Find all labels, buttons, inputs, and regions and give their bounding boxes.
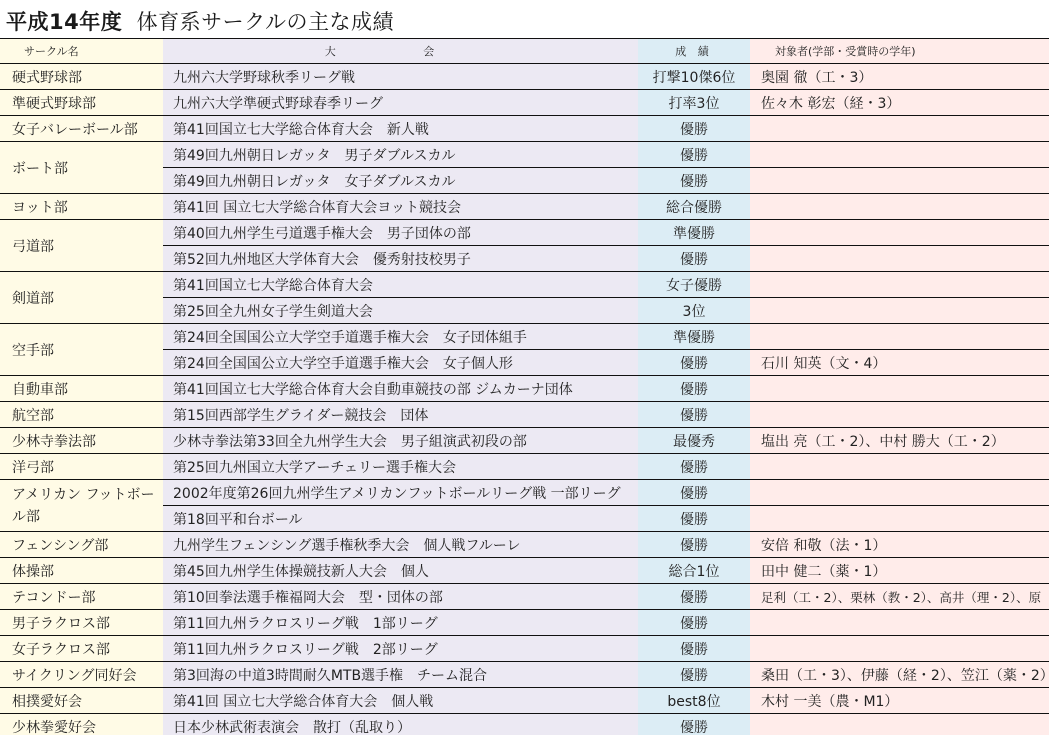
- result-cell: 優勝: [638, 610, 750, 636]
- target-cell: 石川 知英（文・4）: [750, 350, 1049, 376]
- event-cell: 第10回拳法選手権福岡大会 型・団体の部: [163, 584, 638, 610]
- result-cell: 総合1位: [638, 558, 750, 584]
- event-cell: 第11回九州ラクロスリーグ戦 1部リーグ: [163, 610, 638, 636]
- event-cell: 九州六大学野球秋季リーグ戦: [163, 64, 638, 90]
- result-cell: 優勝: [638, 480, 750, 506]
- target-cell: [750, 142, 1049, 168]
- result-cell: 3位: [638, 298, 750, 324]
- event-cell: 九州六大学準硬式野球春季リーグ: [163, 90, 638, 116]
- table-row: 少林拳愛好会 日本少林武術表演会 散打（乱取り） 優勝: [0, 714, 1049, 735]
- event-cell: 第52回九州地区大学体育大会 優秀射技校男子: [163, 246, 638, 272]
- circle-cell: 硬式野球部: [0, 64, 163, 90]
- target-cell: [750, 298, 1049, 324]
- circle-cell: 空手部: [0, 324, 163, 376]
- table-row: 弓道部 第40回九州学生弓道選手権大会 男子団体の部 準優勝: [0, 220, 1049, 246]
- result-cell: 優勝: [638, 168, 750, 194]
- table-row: 洋弓部 第25回九州国立大学アーチェリー選手権大会 優勝: [0, 454, 1049, 480]
- circle-cell: 体操部: [0, 558, 163, 584]
- circle-cell: アメリカン フットボール部: [0, 480, 163, 532]
- event-cell: 第49回九州朝日レガッタ 女子ダブルスカル: [163, 168, 638, 194]
- header-event: 大 会: [163, 39, 638, 64]
- event-cell: 九州学生フェンシング選手権秋季大会 個人戦フルーレ: [163, 532, 638, 558]
- target-cell: [750, 480, 1049, 506]
- result-cell: 優勝: [638, 506, 750, 532]
- table-row: ヨット部 第41回 国立七大学総合体育大会ヨット競技会 総合優勝: [0, 194, 1049, 220]
- event-cell: 第24回全国国公立大学空手道選手権大会 女子団体組手: [163, 324, 638, 350]
- event-cell: 2002年度第26回九州学生アメリカンフットボールリーグ戦 一部リーグ: [163, 480, 638, 506]
- target-cell: [750, 454, 1049, 480]
- result-cell: best8位: [638, 688, 750, 714]
- target-cell: 桑田（工・3）、伊藤（経・2）、笠江（薬・2）: [750, 662, 1049, 688]
- table-row: 硬式野球部 九州六大学野球秋季リーグ戦 打撃10傑6位 奥園 徹（工・3）: [0, 64, 1049, 90]
- target-cell: 塩出 亮（工・2）、中村 勝大（工・2）: [750, 428, 1049, 454]
- circle-cell: ヨット部: [0, 194, 163, 220]
- circle-cell: 剣道部: [0, 272, 163, 324]
- result-cell: 優勝: [638, 350, 750, 376]
- event-cell: 第41回国立七大学総合体育大会自動車競技の部 ジムカーナ団体: [163, 376, 638, 402]
- table-row: 女子ラクロス部 第11回九州ラクロスリーグ戦 2部リーグ 優勝: [0, 636, 1049, 662]
- target-cell: [750, 376, 1049, 402]
- result-cell: 優勝: [638, 714, 750, 735]
- result-cell: 優勝: [638, 454, 750, 480]
- event-cell: 第40回九州学生弓道選手権大会 男子団体の部: [163, 220, 638, 246]
- table-row: フェンシング部 九州学生フェンシング選手権秋季大会 個人戦フルーレ 優勝 安倍 …: [0, 532, 1049, 558]
- target-cell: 安倍 和敬（法・1）: [750, 532, 1049, 558]
- circle-cell: テコンドー部: [0, 584, 163, 610]
- result-cell: 最優秀: [638, 428, 750, 454]
- target-cell: [750, 610, 1049, 636]
- event-cell: 第24回全国国公立大学空手道選手権大会 女子個人形: [163, 350, 638, 376]
- target-cell: [750, 220, 1049, 246]
- circle-cell: サイクリング同好会: [0, 662, 163, 688]
- event-cell: 第45回九州学生体操競技新人大会 個人: [163, 558, 638, 584]
- table-row: 相撲愛好会 第41回 国立七大学総合体育大会 個人戦 best8位 木村 一美（…: [0, 688, 1049, 714]
- result-cell: 優勝: [638, 142, 750, 168]
- table-row: 少林寺拳法部 少林寺拳法第33回全九州学生大会 男子組演武初段の部 最優秀 塩出…: [0, 428, 1049, 454]
- results-table: サークル名 大 会 成 績 対象者(学部・受賞時の学年) 硬式野球部 九州六大学…: [0, 38, 1049, 735]
- table-row: 剣道部 第41回国立七大学総合体育大会 女子優勝: [0, 272, 1049, 298]
- result-cell: 総合優勝: [638, 194, 750, 220]
- table-row: 準硬式野球部 九州六大学準硬式野球春季リーグ 打率3位 佐々木 彰宏（経・3）: [0, 90, 1049, 116]
- event-cell: 第41回国立七大学総合体育大会 新人戦: [163, 116, 638, 142]
- circle-cell: 相撲愛好会: [0, 688, 163, 714]
- target-cell: [750, 636, 1049, 662]
- target-cell: 木村 一美（農・M1）: [750, 688, 1049, 714]
- table-row: 体操部 第45回九州学生体操競技新人大会 個人 総合1位 田中 健二（薬・1）: [0, 558, 1049, 584]
- circle-cell: 少林寺拳法部: [0, 428, 163, 454]
- circle-cell: 洋弓部: [0, 454, 163, 480]
- table-row: テコンドー部 第10回拳法選手権福岡大会 型・団体の部 優勝 足利（工・2）、栗…: [0, 584, 1049, 610]
- result-cell: 優勝: [638, 662, 750, 688]
- header-target: 対象者(学部・受賞時の学年): [750, 39, 1049, 64]
- table-row: サイクリング同好会 第3回海の中道3時間耐久MTB選手権 チーム混合 優勝 桑田…: [0, 662, 1049, 688]
- result-cell: 優勝: [638, 584, 750, 610]
- target-cell: [750, 116, 1049, 142]
- result-cell: 優勝: [638, 402, 750, 428]
- circle-cell: 少林拳愛好会: [0, 714, 163, 735]
- event-cell: 第18回平和台ボール: [163, 506, 638, 532]
- result-cell: 優勝: [638, 116, 750, 142]
- target-cell: [750, 272, 1049, 298]
- circle-cell: フェンシング部: [0, 532, 163, 558]
- event-cell: 第3回海の中道3時間耐久MTB選手権 チーム混合: [163, 662, 638, 688]
- target-cell: 奥園 徹（工・3）: [750, 64, 1049, 90]
- target-cell: [750, 168, 1049, 194]
- target-cell: [750, 246, 1049, 272]
- event-cell: 第25回九州国立大学アーチェリー選手権大会: [163, 454, 638, 480]
- table-row: 航空部 第15回西部学生グライダー競技会 団体 優勝: [0, 402, 1049, 428]
- event-cell: 第11回九州ラクロスリーグ戦 2部リーグ: [163, 636, 638, 662]
- event-cell: 第49回九州朝日レガッタ 男子ダブルスカル: [163, 142, 638, 168]
- table-row: 女子バレーボール部 第41回国立七大学総合体育大会 新人戦 優勝: [0, 116, 1049, 142]
- target-cell: 足利（工・2）、栗林（教・2）、高井（理・2）、原（経・2）: [750, 584, 1049, 610]
- circle-cell: 弓道部: [0, 220, 163, 272]
- result-cell: 打率3位: [638, 90, 750, 116]
- circle-cell: 準硬式野球部: [0, 90, 163, 116]
- result-cell: 打撃10傑6位: [638, 64, 750, 90]
- event-cell: 第15回西部学生グライダー競技会 団体: [163, 402, 638, 428]
- target-cell: 佐々木 彰宏（経・3）: [750, 90, 1049, 116]
- result-cell: 優勝: [638, 636, 750, 662]
- table-row: ボート部 第49回九州朝日レガッタ 男子ダブルスカル 優勝: [0, 142, 1049, 168]
- event-cell: 第41回国立七大学総合体育大会: [163, 272, 638, 298]
- target-cell: [750, 402, 1049, 428]
- table-row: 自動車部 第41回国立七大学総合体育大会自動車競技の部 ジムカーナ団体 優勝: [0, 376, 1049, 402]
- target-cell: [750, 194, 1049, 220]
- table-row: 空手部 第24回全国国公立大学空手道選手権大会 女子団体組手 準優勝: [0, 324, 1049, 350]
- circle-cell: 女子ラクロス部: [0, 636, 163, 662]
- table-row: 男子ラクロス部 第11回九州ラクロスリーグ戦 1部リーグ 優勝: [0, 610, 1049, 636]
- result-cell: 優勝: [638, 532, 750, 558]
- table-row: アメリカン フットボール部 2002年度第26回九州学生アメリカンフットボールリ…: [0, 480, 1049, 506]
- result-cell: 女子優勝: [638, 272, 750, 298]
- target-cell: [750, 714, 1049, 735]
- result-cell: 優勝: [638, 376, 750, 402]
- event-cell: 第41回 国立七大学総合体育大会 個人戦: [163, 688, 638, 714]
- result-cell: 準優勝: [638, 324, 750, 350]
- circle-cell: 航空部: [0, 402, 163, 428]
- circle-cell: 自動車部: [0, 376, 163, 402]
- circle-cell: ボート部: [0, 142, 163, 194]
- page-title: 平成14年度 体育系サークルの主な成績: [6, 6, 394, 36]
- target-cell: [750, 324, 1049, 350]
- event-cell: 第25回全九州女子学生剣道大会: [163, 298, 638, 324]
- event-cell: 少林寺拳法第33回全九州学生大会 男子組演武初段の部: [163, 428, 638, 454]
- header-circle: サークル名: [0, 39, 163, 64]
- target-cell: [750, 506, 1049, 532]
- result-cell: 優勝: [638, 246, 750, 272]
- header-result: 成 績: [638, 39, 750, 64]
- circle-cell: 男子ラクロス部: [0, 610, 163, 636]
- result-cell: 準優勝: [638, 220, 750, 246]
- title-text: 体育系サークルの主な成績: [137, 10, 394, 34]
- header-row: サークル名 大 会 成 績 対象者(学部・受賞時の学年): [0, 39, 1049, 64]
- title-year: 平成14年度: [6, 10, 122, 34]
- event-cell: 日本少林武術表演会 散打（乱取り）: [163, 714, 638, 735]
- target-cell: 田中 健二（薬・1）: [750, 558, 1049, 584]
- event-cell: 第41回 国立七大学総合体育大会ヨット競技会: [163, 194, 638, 220]
- circle-cell: 女子バレーボール部: [0, 116, 163, 142]
